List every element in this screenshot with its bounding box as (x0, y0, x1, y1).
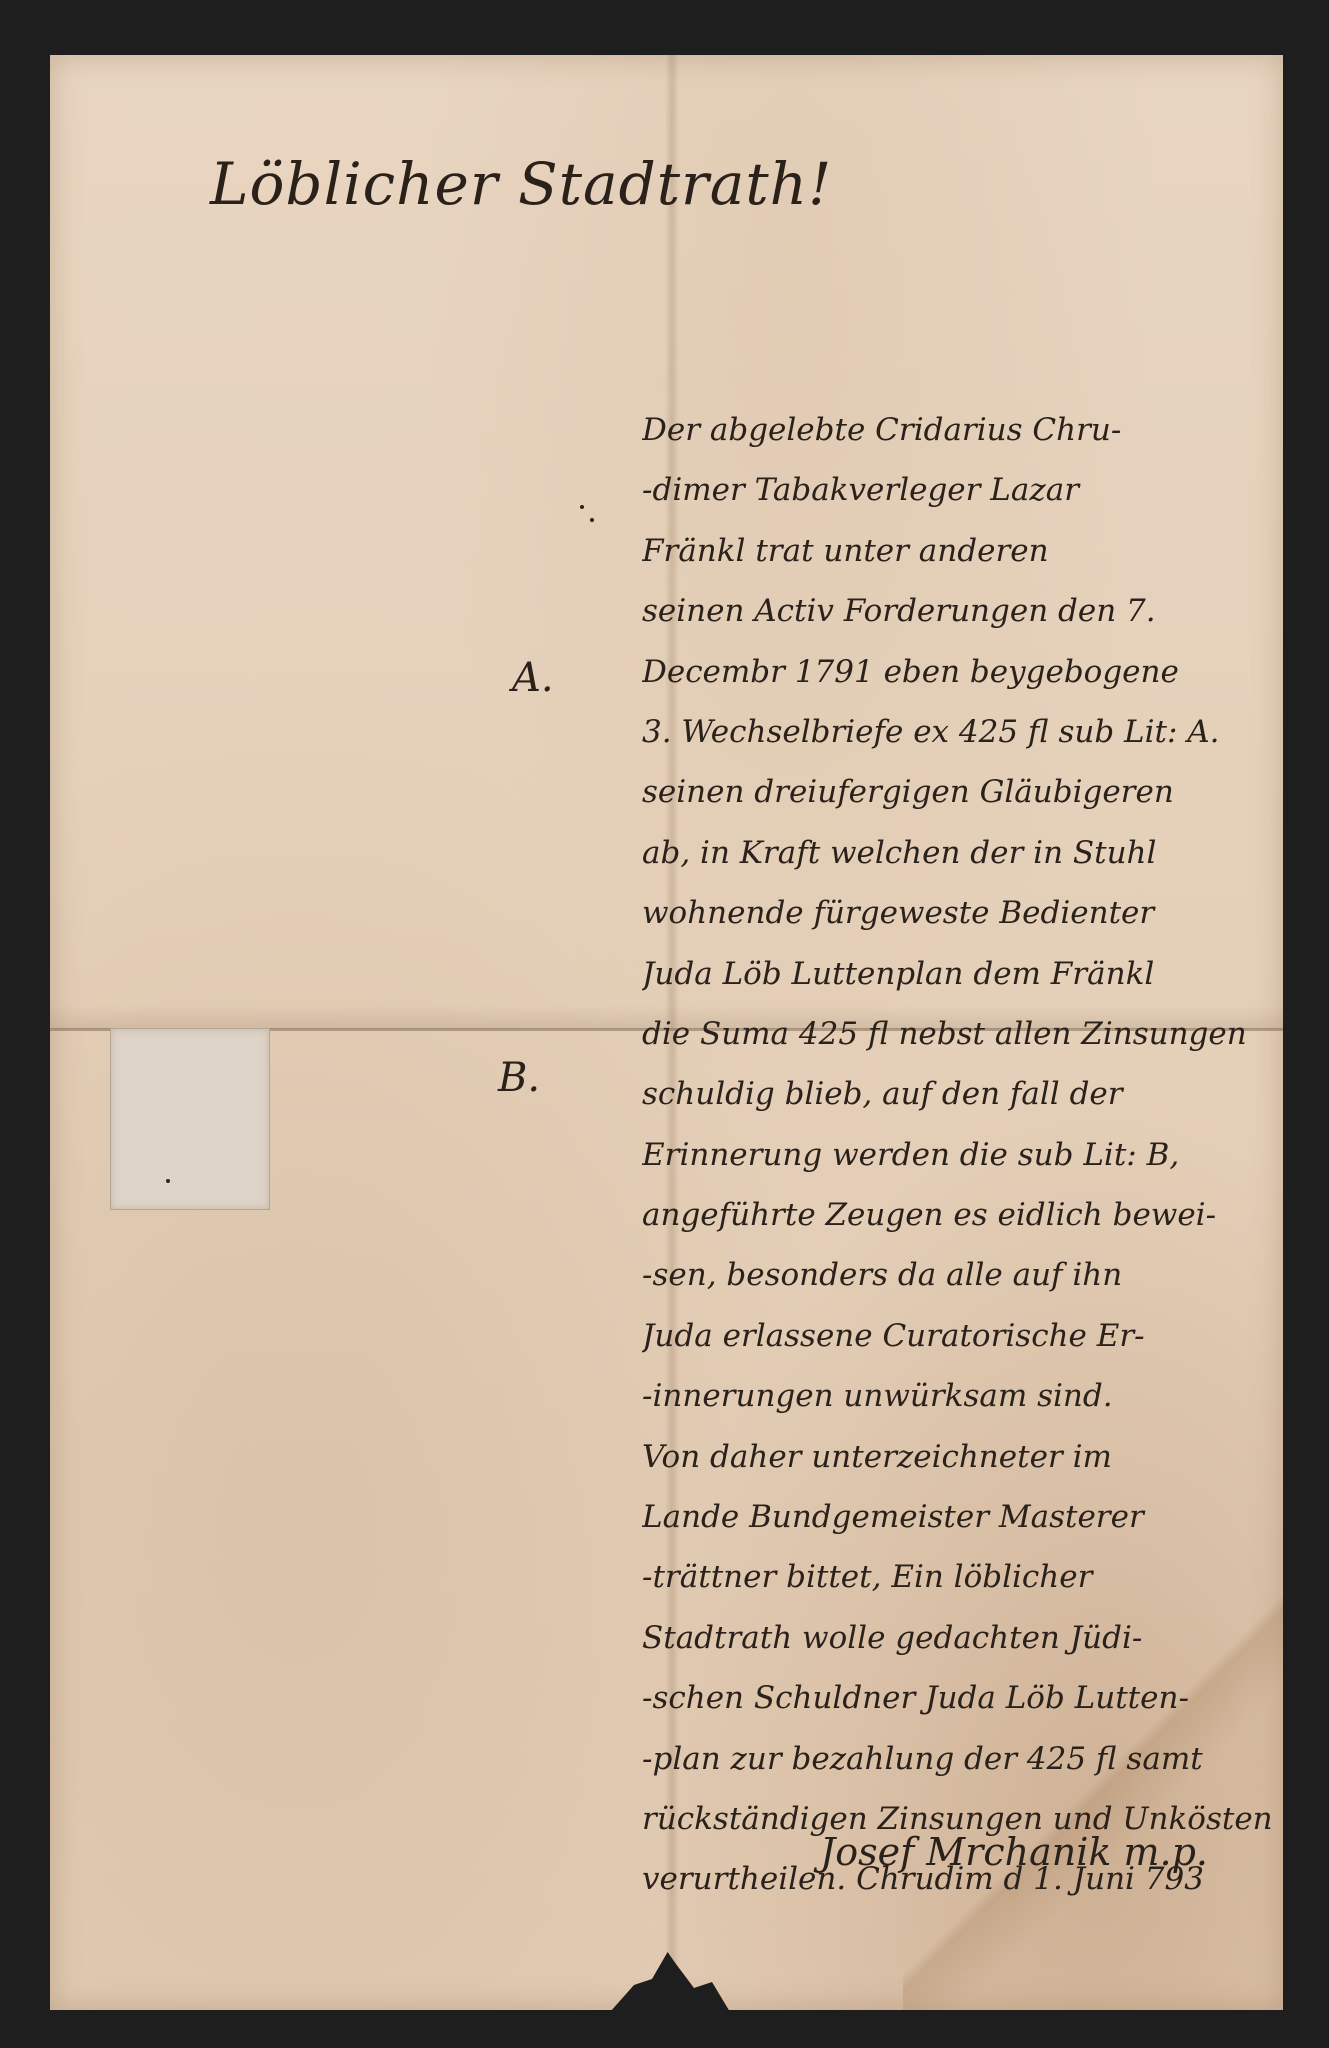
body-line: Von daher unterzeichneter im (642, 1427, 1272, 1487)
body-line: 3. Wechselbriefe ex 425 fl sub Lit: A. (642, 702, 1272, 762)
body-line: -innerungen unwürksam sind. (642, 1366, 1272, 1426)
body-line: -schen Schuldner Juda Löb Lutten- (642, 1668, 1272, 1728)
body-line: seinen Activ Forderungen den 7. (642, 581, 1272, 641)
signature: Josef Mrchanik m.p. (820, 1830, 1208, 1874)
body-line: schuldig blieb, auf den fall der (642, 1064, 1272, 1124)
body-line: -sen, besonders da alle auf ihn (642, 1245, 1272, 1305)
margin-mark-a: A. (512, 655, 554, 701)
body-line: -trättner bittet, Ein löblicher (642, 1547, 1272, 1607)
body-line: Fränkl trat unter anderen (642, 521, 1272, 581)
body-line: Lande Bundgemeister Masterer (642, 1487, 1272, 1547)
salutation-heading: Löblicher Stadtrath! (210, 150, 832, 218)
body-line: ab, in Kraft welchen der in Stuhl (642, 823, 1272, 883)
body-line: Stadtrath wolle gedachten Jüdi- (642, 1608, 1272, 1668)
torn-edge (610, 1952, 730, 2012)
body-line: Erinnerung werden die sub Lit: B, (642, 1125, 1272, 1185)
letter-body: Der abgelebte Cridarius Chru- -dimer Tab… (642, 400, 1272, 1910)
body-line: Der abgelebte Cridarius Chru- (642, 400, 1272, 460)
ink-spot (166, 1179, 170, 1183)
body-line: Decembr 1791 eben beygebogene (642, 642, 1272, 702)
body-line: Juda Löb Luttenplan dem Fränkl (642, 944, 1272, 1004)
body-line: Juda erlassene Curatorische Er- (642, 1306, 1272, 1366)
body-line: wohnende fürgeweste Bedienter (642, 883, 1272, 943)
document-page: Löblicher Stadtrath! A. B. Der abgelebte… (50, 55, 1283, 2010)
margin-mark-b: B. (498, 1055, 540, 1101)
body-line: die Suma 425 fl nebst allen Zinsungen (642, 1004, 1272, 1064)
ink-dot (580, 505, 584, 509)
body-line: angeführte Zeugen es eidlich bewei- (642, 1185, 1272, 1245)
body-line: -dimer Tabakverleger Lazar (642, 460, 1272, 520)
body-line: -plan zur bezahlung der 425 fl samt (642, 1729, 1272, 1789)
pasted-paper-patch (110, 1028, 270, 1210)
ink-dot (590, 518, 594, 522)
body-line: seinen dreiufergigen Gläubigeren (642, 762, 1272, 822)
